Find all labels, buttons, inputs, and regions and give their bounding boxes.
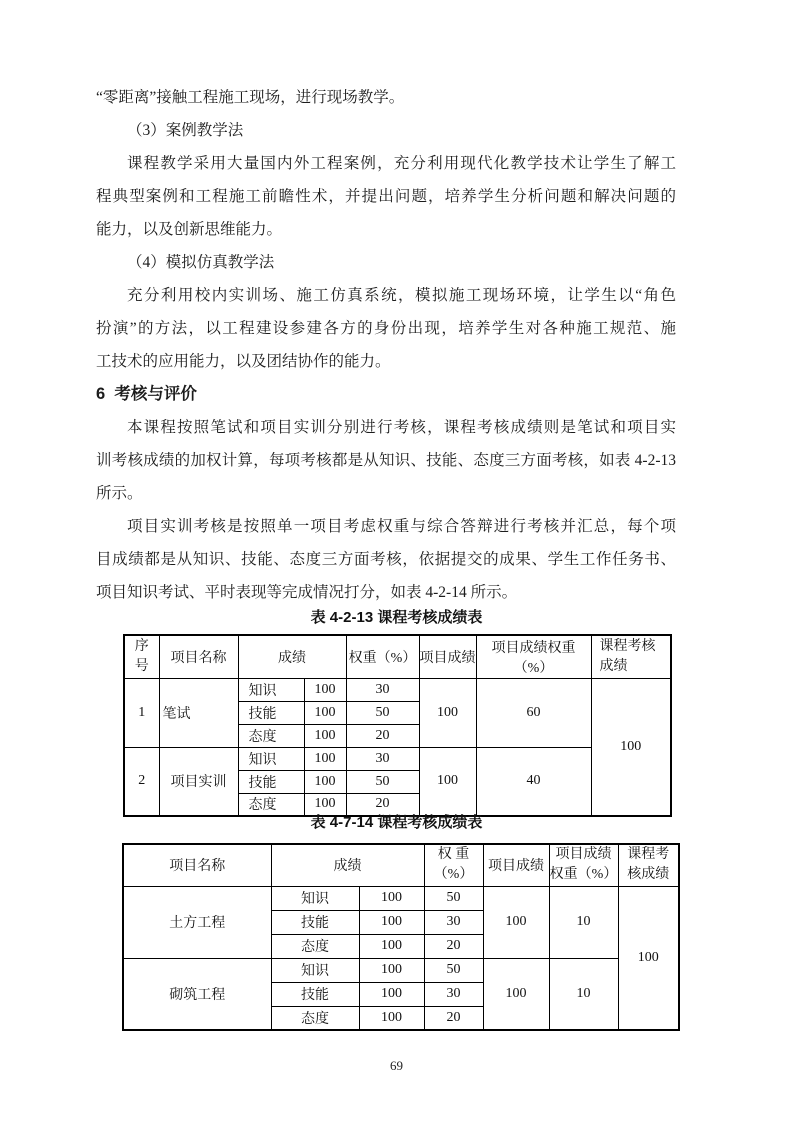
score-cell: 100: [359, 910, 424, 934]
aspect-cell: 知识: [238, 747, 304, 770]
project-score-cell: 100: [419, 678, 476, 747]
header-seq: 序 号: [124, 635, 159, 678]
aspect-cell: 知识: [271, 958, 359, 982]
weight-cell: 50: [346, 770, 419, 793]
table-row: 砌筑工程 知识 100 50 100 10: [123, 958, 679, 982]
weight-cell: 20: [346, 724, 419, 747]
header-project-score: 项目成绩: [419, 635, 476, 678]
body-line: 工技术的应用能力，以及团结协作的能力。: [96, 345, 676, 378]
score-cell: 100: [359, 958, 424, 982]
weight-cell: 30: [424, 910, 483, 934]
header-project-score-weight: 项目成绩权重（%）: [476, 635, 591, 678]
course-score-cell: 100: [618, 886, 679, 1030]
table-header-row: 序 号 项目名称 成绩 权重（%） 项目成绩 项目成绩权重（%） 课程考核 成绩: [124, 635, 671, 678]
body-line: 程典型案例和工程施工前瞻性术，并提出问题，培养学生分析问题和解决问题的: [96, 180, 676, 213]
table-header-row: 项目名称 成绩 权 重 （%） 项目成绩 项目成绩 权重（%） 课程考 核成绩: [123, 844, 679, 886]
header-weight: 权重（%）: [346, 635, 419, 678]
aspect-cell: 技能: [271, 910, 359, 934]
weight-cell: 20: [424, 934, 483, 958]
body-line: 充分利用校内实训场、施工仿真系统，模拟施工现场环境，让学生以“角色: [96, 279, 676, 312]
project-score-cell: 100: [483, 886, 549, 958]
table-row: 2 项目实训 知识 100 30 100 40: [124, 747, 671, 770]
project-name-cell: 砌筑工程: [123, 958, 271, 1030]
document-page: “零距离”接触工程施工现场，进行现场教学。 （3）案例教学法 课程教学采用大量国…: [0, 0, 793, 1122]
page-number: 69: [0, 1058, 793, 1074]
seq-cell: 1: [124, 678, 159, 747]
weight-cell: 20: [424, 1006, 483, 1030]
project-name-cell: 土方工程: [123, 886, 271, 958]
body-line: （4）模拟仿真教学法: [96, 246, 676, 279]
table-row: 1 笔试 知识 100 30 100 60 100: [124, 678, 671, 701]
body-text: “零距离”接触工程施工现场，进行现场教学。 （3）案例教学法 课程教学采用大量国…: [96, 81, 676, 609]
course-assessment-table-1: 序 号 项目名称 成绩 权重（%） 项目成绩 项目成绩权重（%） 课程考核 成绩…: [123, 634, 672, 817]
body-line: 能力，以及创新思维能力。: [96, 213, 676, 246]
body-line: 扮演”的方法，以工程建设参建各方的身份出现，培养学生对各种施工规范、施: [96, 312, 676, 345]
header-weight: 权 重 （%）: [424, 844, 483, 886]
header-project-score-weight: 项目成绩 权重（%）: [549, 844, 618, 886]
table-row: 土方工程 知识 100 50 100 10 100: [123, 886, 679, 910]
body-line: 训考核成绩的加权计算，每项考核都是从知识、技能、态度三方面考核，如表 4-2-1…: [96, 444, 676, 477]
score-cell: 100: [304, 747, 346, 770]
section-heading: 6 考核与评价: [96, 378, 676, 411]
project-weight-cell: 40: [476, 747, 591, 816]
body-line: 本课程按照笔试和项目实训分别进行考核，课程考核成绩则是笔试和项目实: [96, 411, 676, 444]
aspect-cell: 技能: [238, 770, 304, 793]
weight-cell: 50: [346, 701, 419, 724]
seq-cell: 2: [124, 747, 159, 816]
body-line: 项目实训考核是按照单一项目考虑权重与综合答辩进行考核并汇总，每个项: [96, 510, 676, 543]
aspect-cell: 技能: [238, 701, 304, 724]
score-cell: 100: [304, 724, 346, 747]
score-cell: 100: [304, 678, 346, 701]
weight-cell: 50: [424, 886, 483, 910]
header-course-score: 课程考核 成绩: [591, 635, 671, 678]
header-project-name: 项目名称: [159, 635, 238, 678]
course-assessment-table-2: 项目名称 成绩 权 重 （%） 项目成绩 项目成绩 权重（%） 课程考 核成绩 …: [122, 843, 680, 1031]
weight-cell: 50: [424, 958, 483, 982]
body-line: 目成绩都是从知识、技能、态度三方面考核，依据提交的成果、学生工作任务书、: [96, 543, 676, 576]
project-weight-cell: 10: [549, 958, 618, 1030]
header-score: 成绩: [271, 844, 424, 886]
weight-cell: 30: [346, 678, 419, 701]
aspect-cell: 知识: [238, 678, 304, 701]
score-cell: 100: [304, 701, 346, 724]
weight-cell: 30: [424, 982, 483, 1006]
aspect-cell: 态度: [271, 1006, 359, 1030]
body-line: 所示。: [96, 477, 676, 510]
project-name-cell: 项目实训: [159, 747, 238, 816]
score-cell: 100: [359, 886, 424, 910]
weight-cell: 30: [346, 747, 419, 770]
score-cell: 100: [359, 1006, 424, 1030]
aspect-cell: 态度: [271, 934, 359, 958]
header-score: 成绩: [238, 635, 346, 678]
body-line: 项目知识考试、平时表现等完成情况打分，如表 4-2-14 所示。: [96, 576, 676, 609]
body-line: “零距离”接触工程施工现场，进行现场教学。: [96, 81, 676, 114]
project-score-cell: 100: [483, 958, 549, 1030]
header-course-score: 课程考 核成绩: [618, 844, 679, 886]
aspect-cell: 知识: [271, 886, 359, 910]
body-line: 课程教学采用大量国内外工程案例，充分利用现代化教学技术让学生了解工: [96, 147, 676, 180]
table1-caption: 表 4-2-13 课程考核成绩表: [0, 607, 793, 629]
course-score-cell: 100: [591, 678, 671, 816]
project-weight-cell: 60: [476, 678, 591, 747]
aspect-cell: 态度: [238, 724, 304, 747]
body-line: （3）案例教学法: [96, 114, 676, 147]
score-cell: 100: [304, 770, 346, 793]
aspect-cell: 技能: [271, 982, 359, 1006]
score-cell: 100: [359, 934, 424, 958]
table2-caption: 表 4-7-14 课程考核成绩表: [0, 812, 793, 834]
project-weight-cell: 10: [549, 886, 618, 958]
project-name-cell: 笔试: [159, 678, 238, 747]
header-project-score: 项目成绩: [483, 844, 549, 886]
score-cell: 100: [359, 982, 424, 1006]
project-score-cell: 100: [419, 747, 476, 816]
header-project-name: 项目名称: [123, 844, 271, 886]
